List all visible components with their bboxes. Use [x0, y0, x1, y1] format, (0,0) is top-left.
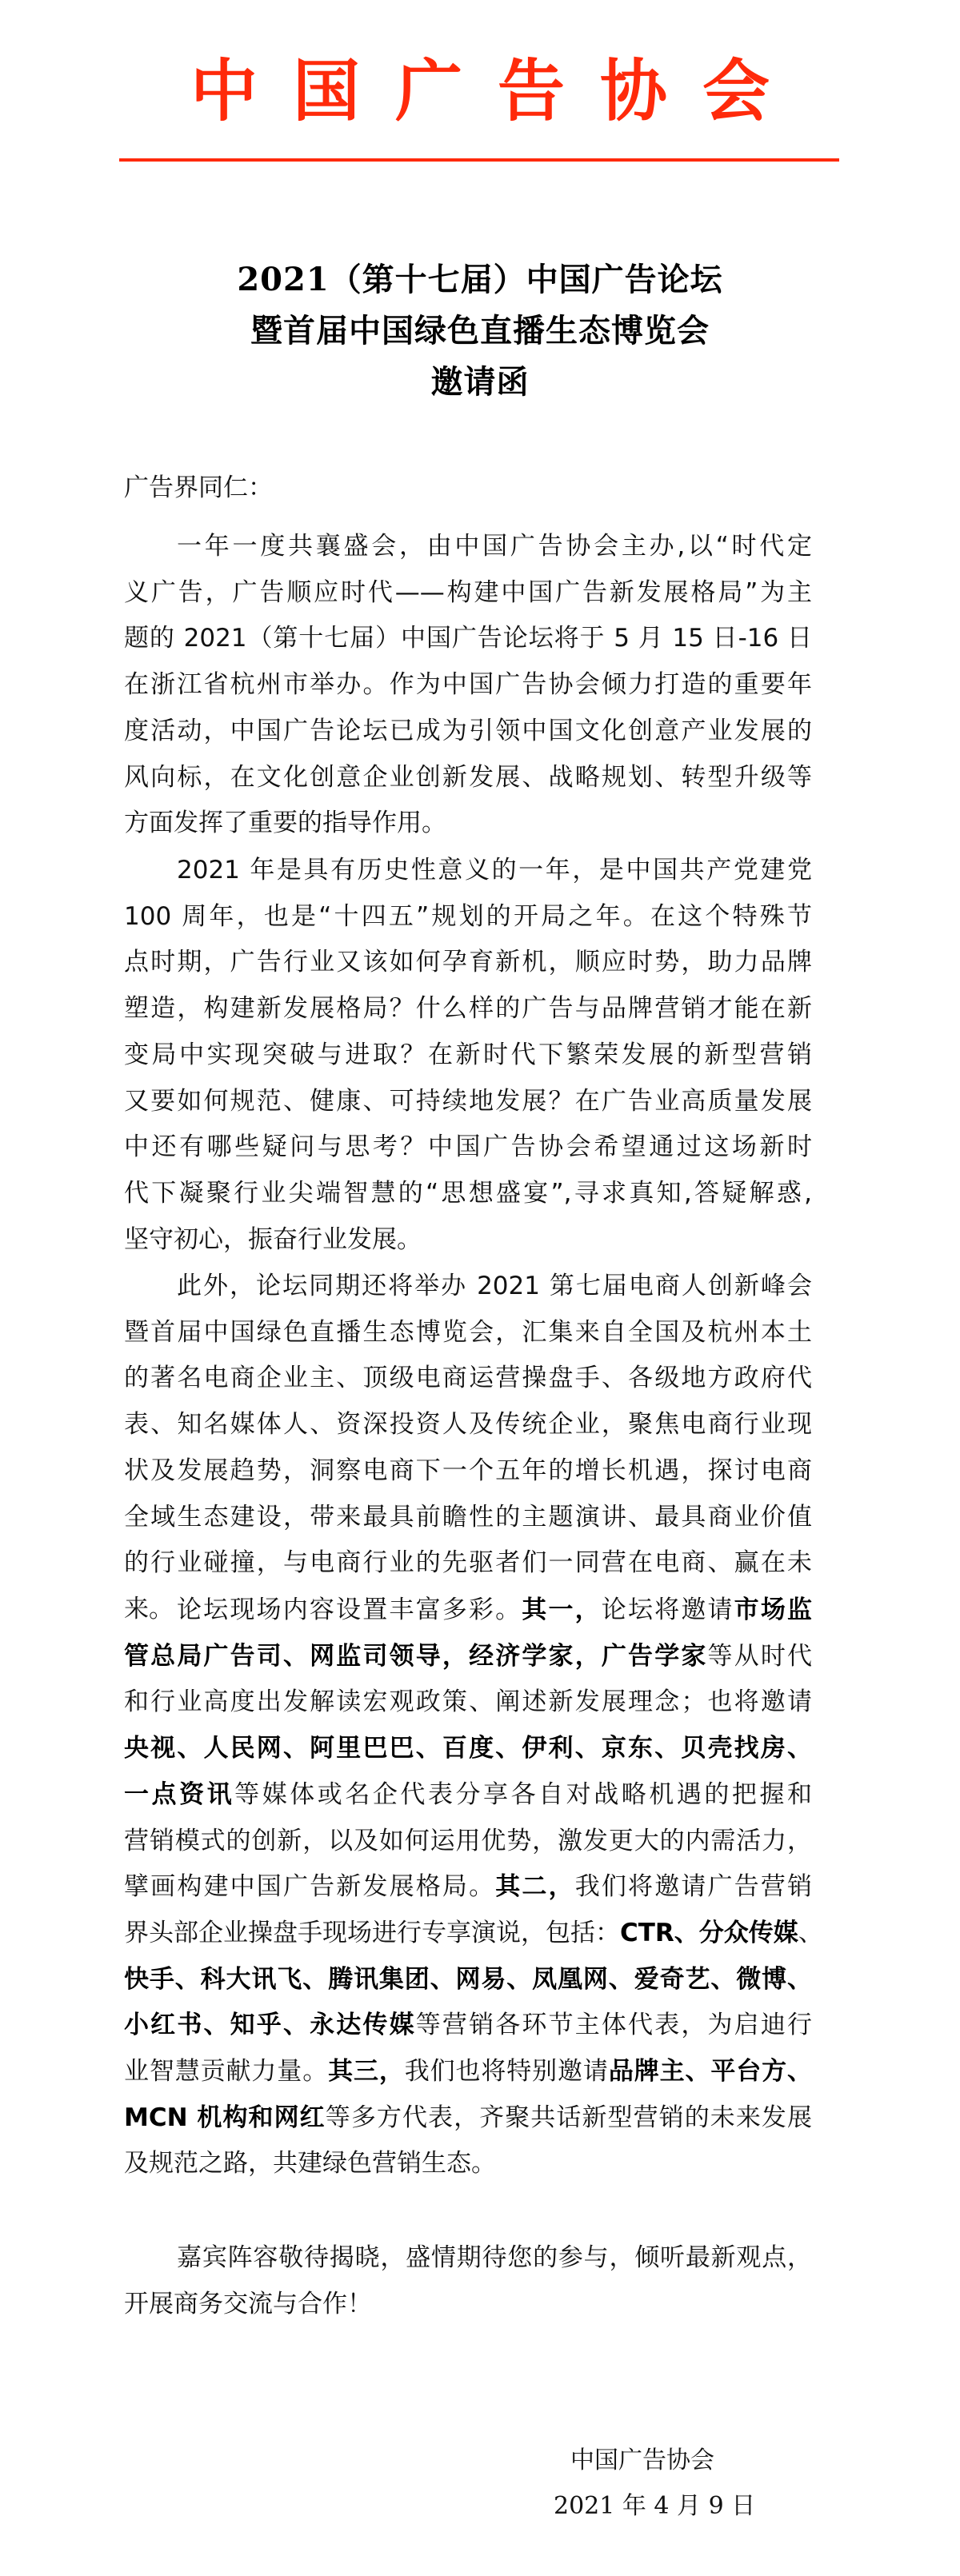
text-run: 等媒体或名企代表分享各自对战略机遇的把握和 — [234, 1780, 812, 1809]
text-run: 开展商务交流与合作！ — [124, 2290, 372, 2318]
text-run: 全域生态建设，带来最具前瞻性的主题演讲、最具商业价值 — [124, 1503, 812, 1532]
bold-text-run: 品牌主、平台方、 — [609, 2057, 812, 2086]
text-run: 一年一度共襄盛会，由中国广告协会主办,以“时代定 — [177, 532, 812, 561]
paragraph-3-line: 暨首届中国绿色直播生态博览会，汇集来自全国及杭州本土 — [124, 1316, 812, 1348]
text-run: 坚守初心，振奋行业发展。 — [124, 1225, 422, 1254]
signature-date: 2021 年 4 月 9 日 — [554, 2490, 755, 2522]
text-run: 方面发挥了重要的指导作用。 — [124, 809, 446, 837]
bold-text-run: CTR、分众传媒 — [620, 1919, 798, 1947]
text-run: 的著名电商企业主、顶级电商运营操盘手、各级地方政府代 — [124, 1364, 812, 1392]
text-run: 、 — [798, 1919, 823, 1947]
bold-text-run: 其二， — [495, 1872, 574, 1901]
text-run: 在浙江省杭州市举办。作为中国广告协会倾力打造的重要年 — [124, 670, 812, 699]
paragraph-1-line: 度活动，中国广告论坛已成为引领中国文化创意产业发展的 — [124, 715, 812, 747]
paragraph-1-line: 题的 2021（第十七届）中国广告论坛将于 5 月 15 日-16 日 — [124, 622, 812, 654]
bold-text-run: 小红书、知乎、永达传媒 — [124, 2011, 416, 2039]
text-run: 论坛将邀请 — [602, 1596, 734, 1624]
paragraph-4-line: MCN 机构和网红等多方代表，齐聚共话新型营销的未来发展 — [124, 2102, 812, 2134]
text-run: 又要如何规范、健康、可持续地发展？在广告业高质量发展 — [124, 1087, 812, 1116]
bold-text-run: MCN 机构和网红 — [124, 2103, 326, 2132]
document-title: 2021（第十七届）中国广告论坛 暨首届中国绿色直播生态博览会 邀请函 — [0, 254, 960, 408]
text-run: 义广告，广告顺应时代——构建中国广告新发展格局”为主 — [124, 578, 812, 607]
text-run: 等从时代 — [708, 1642, 812, 1671]
text-run: 题的 2021（第十七届）中国广告论坛将于 5 月 15 日-16 日 — [124, 624, 812, 653]
paragraph-5-line: 嘉宾阵容敬待揭晓，盛情期待您的参与，倾听最新观点， — [177, 2242, 812, 2274]
paragraph-4-line: 业智慧贡献力量。其三，我们也将特别邀请品牌主、平台方、 — [124, 2055, 812, 2087]
paragraph-2-line: 100 周年，也是“十四五”规划的开局之年。在这个特殊节 — [124, 901, 812, 933]
paragraph-4-line: 营销模式的创新，以及如何运用优势，激发更大的内需活力， — [124, 1825, 812, 1857]
paragraph-4-line: 管总局广告司、网监司领导，经济学家，广告学家等从时代 — [124, 1640, 812, 1672]
text-run: 风向标，在文化创意企业创新发展、战略规划、转型升级等 — [124, 763, 812, 792]
paragraph-4-line: 擘画构建中国广告新发展格局。其二，我们将邀请广告营销 — [124, 1871, 812, 1903]
text-run: 营销模式的创新，以及如何运用优势，激发更大的内需活力， — [124, 1827, 812, 1855]
text-run: 度活动，中国广告论坛已成为引领中国文化创意产业发展的 — [124, 717, 812, 745]
text-run: 嘉宾阵容敬待揭晓，盛情期待您的参与，倾听最新观点， — [177, 2243, 812, 2272]
text-run: 论坛现场内容设置丰富多彩。 — [177, 1596, 522, 1624]
paragraph-4-line: 论坛现场内容设置丰富多彩。其一，论坛将邀请市场监 — [177, 1594, 812, 1626]
signature-org: 中国广告协会 — [570, 2445, 714, 2477]
paragraph-2-line: 又要如何规范、健康、可持续地发展？在广告业高质量发展 — [124, 1085, 812, 1117]
paragraph-3-line: 表、知名媒体人、资深投资人及传统企业，聚焦电商行业现 — [124, 1408, 812, 1440]
bold-text-run: 其三， — [328, 2057, 405, 2086]
paragraph-2-line: 坚守初心，振奋行业发展。 — [124, 1224, 812, 1256]
text-run: 界头部企业操盘手现场进行专享演说，包括： — [124, 1919, 620, 1947]
paragraph-4-line: 及规范之路，共建绿色营销生态。 — [124, 2147, 812, 2179]
paragraph-4-line: 央视、人民网、阿里巴巴、百度、伊利、京东、贝壳找房、 — [124, 1732, 812, 1764]
text-run: 来。 — [124, 1595, 174, 1623]
title-line-1: 2021（第十七届）中国广告论坛 — [0, 254, 960, 306]
text-run: 表、知名媒体人、资深投资人及传统企业，聚焦电商行业现 — [124, 1410, 812, 1439]
letterhead-red-rule — [119, 158, 839, 162]
text-run: 塑造，构建新发展格局？什么样的广告与品牌营销才能在新 — [124, 994, 812, 1023]
bold-text-run: 其一， — [522, 1596, 602, 1624]
paragraph-3-line: 全域生态建设，带来最具前瞻性的主题演讲、最具商业价值 — [124, 1501, 812, 1533]
bold-text-run: 一点资讯 — [124, 1780, 234, 1809]
text-run: 此外，论坛同期还将举办 2021 第七届电商人创新峰会 — [177, 1272, 812, 1300]
paragraph-5-line: 开展商务交流与合作！ — [124, 2288, 812, 2320]
paragraph-1-line: 义广告，广告顺应时代——构建中国广告新发展格局”为主 — [124, 577, 812, 609]
text-run: 2021 年是具有历史性意义的一年，是中国共产党建党 — [177, 856, 812, 885]
paragraph-3-line: 的行业碰撞，与电商行业的先驱者们一同营在电商、赢在未 — [124, 1547, 812, 1579]
text-run: 变局中实现突破与进取？在新时代下繁荣发展的新型营销 — [124, 1040, 812, 1069]
text-run: 等营销各环节主体代表，为启迪行 — [416, 2011, 812, 2039]
text-run: 我们也将特别邀请 — [405, 2057, 609, 2086]
title-line-2: 暨首届中国绿色直播生态博览会 — [0, 306, 960, 357]
text-run: 我们将邀请广告营销 — [575, 1872, 812, 1901]
paragraph-4-line: 界头部企业操盘手现场进行专享演说，包括：CTR、分众传媒、 — [124, 1917, 812, 1949]
paragraph-1-line: 一年一度共襄盛会，由中国广告协会主办,以“时代定 — [177, 530, 812, 562]
paragraph-1-line: 风向标，在文化创意企业创新发展、战略规划、转型升级等 — [124, 761, 812, 793]
paragraph-3-line: 此外，论坛同期还将举办 2021 第七届电商人创新峰会 — [177, 1270, 812, 1302]
paragraph-4-line: 快手、科大讯飞、腾讯集团、网易、凤凰网、爱奇艺、微博、 — [124, 1963, 812, 1995]
paragraph-3-line: 状及发展趋势，洞察电商下一个五年的增长机遇，探讨电商 — [124, 1455, 812, 1487]
text-run: 点时期，广告行业又该如何孕育新机，顺应时势，助力品牌 — [124, 948, 812, 976]
bold-text-run: 管总局广告司、网监司领导，经济学家，广告学家 — [124, 1642, 708, 1671]
text-run: 的行业碰撞，与电商行业的先驱者们一同营在电商、赢在未 — [124, 1548, 812, 1577]
paragraph-2-line: 代下凝聚行业尖端智慧的“思想盛宴”,寻求真知,答疑解惑, — [124, 1177, 812, 1209]
paragraph-2-line: 中还有哪些疑问与思考？中国广告协会希望通过这场新时 — [124, 1131, 812, 1163]
paragraph-1-line: 在浙江省杭州市举办。作为中国广告协会倾力打造的重要年 — [124, 669, 812, 701]
paragraph-2-line: 塑造，构建新发展格局？什么样的广告与品牌营销才能在新 — [124, 992, 812, 1024]
letterhead-org-name: 中国广告协会 — [0, 53, 960, 130]
bold-text-run: 市场监 — [734, 1596, 812, 1624]
greeting: 广告界同仁： — [124, 472, 812, 504]
title-line-3: 邀请函 — [0, 357, 960, 408]
text-run: 100 周年，也是“十四五”规划的开局之年。在这个特殊节 — [124, 902, 812, 931]
paragraph-2-line: 2021 年是具有历史性意义的一年，是中国共产党建党 — [177, 854, 812, 886]
paragraph-4-line: 一点资讯等媒体或名企代表分享各自对战略机遇的把握和 — [124, 1779, 812, 1811]
text-run: 擘画构建中国广告新发展格局。 — [124, 1872, 495, 1901]
paragraph-1-line: 方面发挥了重要的指导作用。 — [124, 807, 812, 839]
text-run: 状及发展趋势，洞察电商下一个五年的增长机遇，探讨电商 — [124, 1456, 812, 1485]
paragraph-4-line: 和行业高度出发解读宏观政策、阐述新发展理念；也将邀请 — [124, 1686, 812, 1718]
text-run: 中还有哪些疑问与思考？中国广告协会希望通过这场新时 — [124, 1132, 812, 1161]
text-run: 代下凝聚行业尖端智慧的“思想盛宴”,寻求真知,答疑解惑, — [124, 1179, 812, 1208]
paragraph-2-line: 点时期，广告行业又该如何孕育新机，顺应时势，助力品牌 — [124, 946, 812, 978]
text-run: 和行业高度出发解读宏观政策、阐述新发展理念；也将邀请 — [124, 1687, 812, 1716]
paragraph-3-line: 的著名电商企业主、顶级电商运营操盘手、各级地方政府代 — [124, 1362, 812, 1394]
bold-text-run: 快手、科大讯飞、腾讯集团、网易、凤凰网、爱奇艺、微博、 — [124, 1965, 812, 1994]
text-run: 暨首届中国绿色直播生态博览会，汇集来自全国及杭州本土 — [124, 1318, 812, 1347]
paragraph-2-line: 变局中实现突破与进取？在新时代下繁荣发展的新型营销 — [124, 1039, 812, 1071]
text-run: 等多方代表，齐聚共话新型营销的未来发展 — [326, 2103, 812, 2132]
paragraph-4-line: 小红书、知乎、永达传媒等营销各环节主体代表，为启迪行 — [124, 2009, 812, 2041]
bold-text-run: 央视、人民网、阿里巴巴、百度、伊利、京东、贝壳找房、 — [124, 1734, 812, 1763]
text-run: 及规范之路，共建绿色营销生态。 — [124, 2149, 496, 2178]
text-run: 业智慧贡献力量。 — [124, 2057, 328, 2086]
